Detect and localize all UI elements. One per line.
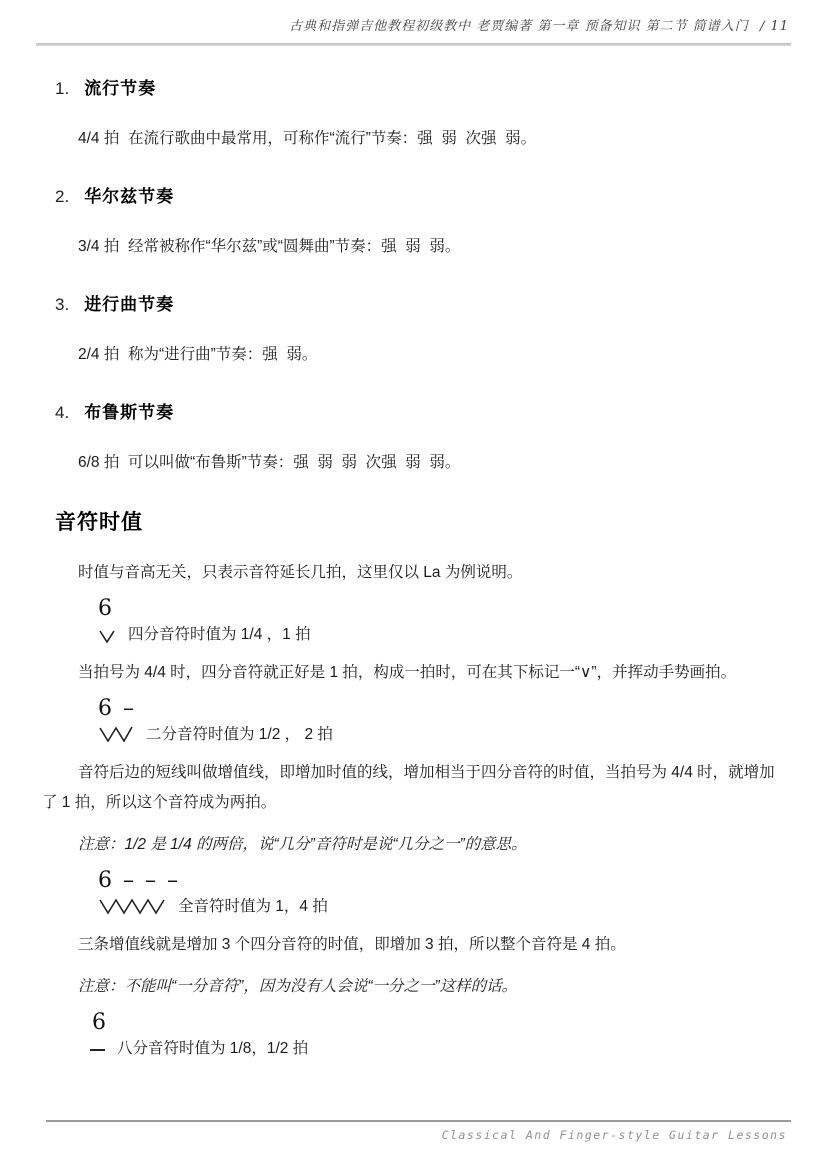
section-title: 布鲁斯节奏 (84, 403, 174, 422)
jianpu-notation: 6 (42, 596, 789, 622)
section-number: 4. (55, 403, 69, 422)
section-number: 3. (55, 295, 69, 314)
beat-mark-row: 四分音符时值为 1/4 ，1 拍 (42, 622, 789, 644)
note-half-vs-quarter: 注意：1/2 是 1/4 的两倍，说“几分”音符时是说“几分之一”的意思。 (42, 830, 789, 860)
section-title: 流行节奏 (84, 79, 156, 98)
beat-mark-row: 全音符时值为 1，4 拍 (42, 894, 789, 916)
jianpu-notation: 6 – (42, 696, 789, 722)
v-beat-mark-icon (98, 724, 134, 744)
section-blues-rhythm: 4.布鲁斯节奏 6/8 拍 可以叫做“布鲁斯”节奏：强 弱 弱 次强 弱 弱。 (42, 402, 789, 478)
section-body: 2/4 拍 称为“进行曲”节奏：强 弱。 (42, 340, 789, 370)
section-title: 进行曲节奏 (84, 295, 174, 314)
paragraph-whole-note: 三条增值线就是增加 3 个四分音符的时值，即增加 3 拍，所以整个音符是 4 拍… (42, 930, 789, 960)
example-quarter-note: 6 四分音符时值为 1/4 ，1 拍 (42, 596, 789, 644)
jianpu-notation: 6 – – – (42, 868, 789, 894)
document-page: 古典和指弹吉他教程初级教中 老贾编著 第一章 预备知识 第二节 简谱入门 / 1… (0, 0, 827, 1169)
section-number: 1. (55, 79, 69, 98)
section-title: 华尔兹节奏 (84, 187, 174, 206)
example-eighth-note: 6 八分音符时值为 1/8，1/2 拍 (42, 1010, 789, 1058)
v-beat-mark-icon (98, 896, 166, 916)
header-title: 古典和指弹吉他教程初级教中 老贾编著 第一章 预备知识 第二节 简谱入门 (289, 19, 749, 34)
page-footer: Classical And Finger-style Guitar Lesson… (42, 1128, 787, 1142)
page-header: 古典和指弹吉他教程初级教中 老贾编著 第一章 预备知识 第二节 简谱入门 / 1… (42, 15, 789, 34)
section-body: 3/4 拍 经常被称作“华尔兹”或“圆舞曲”节奏：强 弱 弱。 (42, 232, 789, 262)
section-heading: 4.布鲁斯节奏 (42, 402, 789, 424)
section-waltz-rhythm: 2.华尔兹节奏 3/4 拍 经常被称作“华尔兹”或“圆舞曲”节奏：强 弱 弱。 (42, 186, 789, 262)
paragraph-quarter-note: 当拍号为 4/4 时，四分音符就正好是 1 拍，构成一拍时，可在其下标记一“∨”… (42, 658, 789, 688)
example-caption: 八分音符时值为 1/8，1/2 拍 (117, 1039, 308, 1059)
note-values-intro: 时值与音高无关，只表示音符延长几拍，这里仅以 La 为例说明。 (42, 558, 789, 588)
example-caption: 二分音符时值为 1/2 ， 2 拍 (146, 725, 333, 745)
example-caption: 全音符时值为 1，4 拍 (178, 897, 328, 917)
section-march-rhythm: 3.进行曲节奏 2/4 拍 称为“进行曲”节奏：强 弱。 (42, 294, 789, 370)
header-divider (36, 43, 791, 46)
section-body: 6/8 拍 可以叫做“布鲁斯”节奏：强 弱 弱 次强 弱 弱。 (42, 448, 789, 478)
example-half-note: 6 – 二分音符时值为 1/2 ， 2 拍 (42, 696, 789, 744)
section-number: 2. (55, 187, 69, 206)
note-no-first-division: 注意：不能叫“一分音符”，因为没有人会说“一分之一”这样的话。 (42, 972, 789, 1002)
document-content: 1.流行节奏 4/4 拍 在流行歌曲中最常用，可称作“流行”节奏：强 弱 次强 … (42, 78, 789, 1058)
footer-divider (46, 1120, 791, 1122)
example-whole-note: 6 – – – 全音符时值为 1，4 拍 (42, 868, 789, 916)
example-caption: 四分音符时值为 1/4 ，1 拍 (128, 625, 311, 645)
beat-mark-row: 八分音符时值为 1/8，1/2 拍 (42, 1036, 789, 1058)
footer-text: Classical And Finger-style Guitar Lesson… (442, 1128, 787, 1142)
section-body: 4/4 拍 在流行歌曲中最常用，可称作“流行”节奏：强 弱 次强 弱。 (42, 124, 789, 154)
jianpu-notation: 6 (42, 1010, 789, 1036)
note-values-heading: 音符时值 (42, 510, 789, 536)
beat-mark-row: 二分音符时值为 1/2 ， 2 拍 (42, 722, 789, 744)
section-pop-rhythm: 1.流行节奏 4/4 拍 在流行歌曲中最常用，可称作“流行”节奏：强 弱 次强 … (42, 78, 789, 154)
paragraph-augmentation-line: 音符后边的短线叫做增值线，即增加时值的线，增加相当于四分音符的时值，当拍号为 4… (42, 758, 789, 818)
eighth-underline-icon (90, 1049, 105, 1051)
v-beat-mark-icon (98, 629, 116, 644)
section-heading: 2.华尔兹节奏 (42, 186, 789, 208)
section-heading: 1.流行节奏 (42, 78, 789, 100)
section-heading: 3.进行曲节奏 (42, 294, 789, 316)
header-page-number: / 11 (760, 19, 789, 34)
